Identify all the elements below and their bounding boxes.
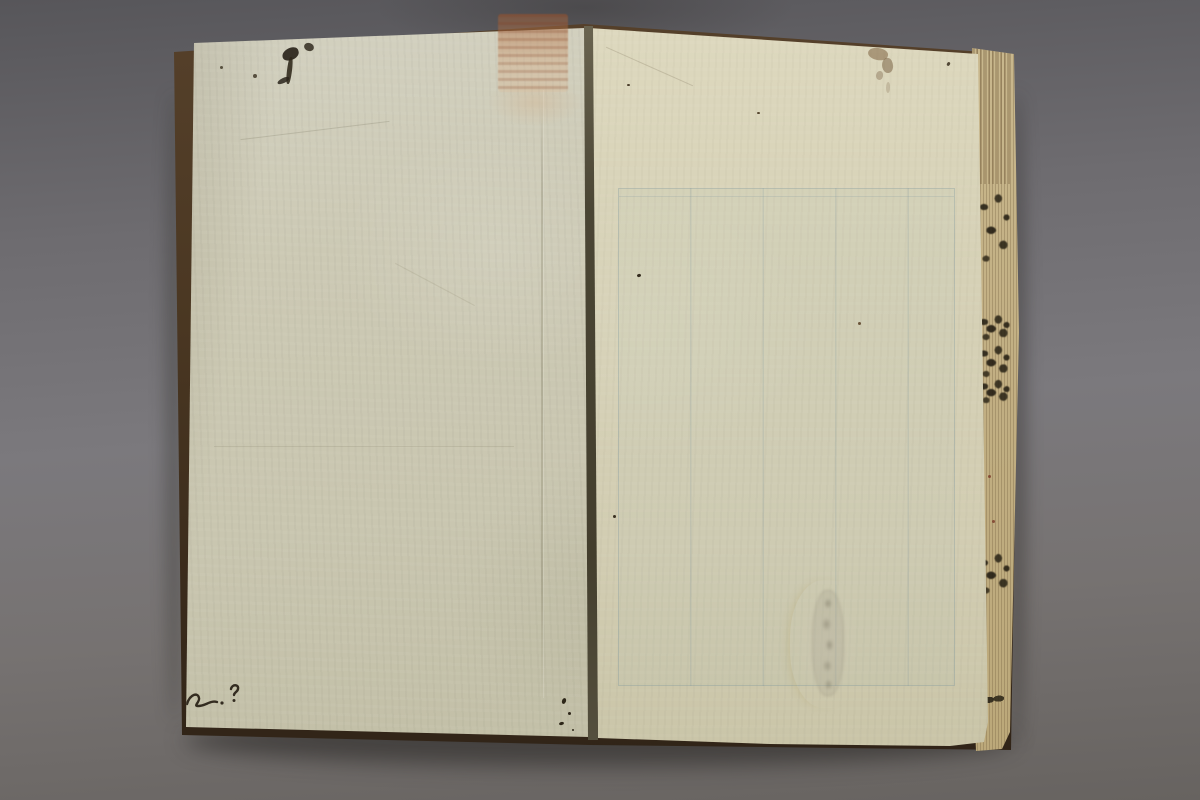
fly-speck: [613, 515, 616, 518]
faded-ink-smudge: [881, 57, 895, 74]
ink-speck: [946, 62, 951, 67]
fly-speck: [627, 84, 630, 86]
orange-label-residue: [498, 14, 568, 92]
ink-speck: [220, 66, 223, 69]
faded-ink-smudge: [876, 71, 883, 80]
left-page-crease: [395, 263, 475, 306]
show-through-ruled-frame: [618, 188, 955, 686]
fore-edge-ink-transfer-band: [976, 183, 1012, 269]
top-edge-ink-blot: [303, 42, 315, 53]
photo-backdrop: [0, 0, 1200, 800]
ink-dot: [253, 74, 257, 78]
fly-speck: [858, 322, 861, 325]
left-page-vertical-crease: [541, 90, 543, 698]
rust-speck: [992, 520, 995, 523]
right-page-crease: [606, 47, 693, 87]
handwritten-scribble: [184, 682, 248, 712]
left-page-crease: [240, 121, 389, 140]
left-page-crease: [214, 446, 514, 447]
open-book: [170, 22, 1030, 782]
translucent-repair-patch: [790, 580, 864, 708]
repair-patch-ghost-text: [812, 590, 844, 696]
faded-ink-smudge: [886, 82, 890, 93]
rust-speck: [988, 475, 991, 478]
fly-speck: [757, 112, 760, 114]
